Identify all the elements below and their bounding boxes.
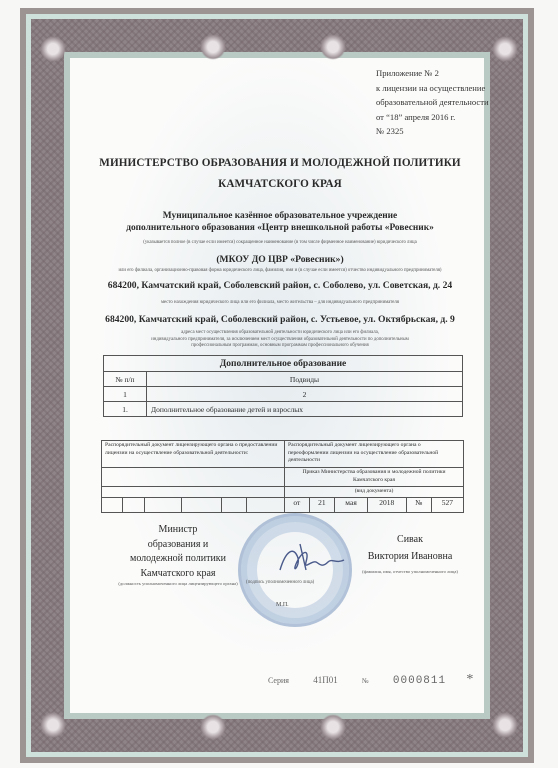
series-label: Серия (268, 676, 289, 685)
documents-table: Распорядительный документ лицензирующего… (101, 440, 464, 513)
hint-line: профессиональным программам, основным пр… (80, 343, 480, 350)
reissue-document-type-hint: (вид документа) (285, 487, 464, 498)
appendix-line: от “18” апреля 2016 г. (376, 110, 489, 125)
education-table-title: Дополнительное образование (104, 356, 463, 372)
reissue-document-header: Распорядительный документ лицензирующего… (285, 441, 464, 468)
legal-address: 684200, Камчатский край, Соболевский рай… (60, 280, 500, 291)
appendix-line: Приложение № 2 (376, 66, 489, 81)
reissue-document-type: Приказ Министерства образования и молоде… (285, 468, 464, 487)
form-number: 0000811 (393, 675, 446, 687)
org-name-hint: (указывается полное (в случае если имеет… (80, 240, 480, 247)
reissue-month: мая (335, 497, 368, 512)
legal-address-hint: место нахождения юридического лица или е… (80, 300, 480, 307)
ministry-title: МИНИСТЕРСТВО ОБРАЗОВАНИЯ И МОЛОДЕЖНОЙ ПО… (60, 153, 500, 195)
series-value: 41П01 (313, 675, 338, 685)
corner-ornament-icon (40, 712, 66, 738)
position-line: Камчатского края (108, 567, 248, 582)
name-hint: (фамилия, имя, отчество уполномоченного … (340, 569, 480, 575)
position-hint: (должность уполномоченного лица лицензир… (108, 581, 248, 587)
signer-given-names: Виктория Ивановна (340, 548, 480, 565)
reissue-date-prefix: от (285, 497, 310, 512)
signature-hint: (подпись уполномоченного лица) (246, 580, 314, 585)
organization-full-name: Муниципальное казённое образовательное у… (60, 210, 500, 234)
grant-day (123, 497, 144, 512)
column-index: 1 (104, 387, 147, 402)
grant-number (247, 497, 285, 512)
ministry-title-line: МИНИСТЕРСТВО ОБРАЗОВАНИЯ И МОЛОДЕЖНОЙ ПО… (60, 153, 500, 174)
border-ornament-icon (320, 34, 346, 60)
row-subtype: Дополнительное образование детей и взрос… (147, 402, 463, 417)
corner-ornament-icon (40, 36, 66, 62)
position-line: молодежной политики (108, 552, 248, 567)
short-name-hint: или его филиала, организационно-правовая… (80, 268, 480, 275)
signature-icon (276, 540, 348, 580)
border-ornament-icon (200, 34, 226, 60)
grant-month (144, 497, 182, 512)
signer-surname: Сивак (340, 531, 480, 548)
grant-document-header: Распорядительный документ лицензирующего… (102, 441, 285, 468)
grant-document-type-hint (102, 487, 285, 498)
asterisk-mark-icon: * (466, 672, 473, 688)
border-ornament-icon (200, 714, 226, 740)
row-number: 1. (104, 402, 147, 417)
reissue-num-label: № (406, 497, 431, 512)
grant-num-label (221, 497, 246, 512)
column-index: 2 (147, 387, 463, 402)
appendix-line: № 2325 (376, 124, 489, 139)
organization-short-name: (МКОУ ДО ЦВР «Ровесник») (60, 254, 500, 265)
corner-ornament-icon (492, 36, 518, 62)
org-name-line: Муниципальное казённое образовательное у… (60, 210, 500, 222)
table-row: 1. Дополнительное образование детей и вз… (104, 402, 463, 417)
appendix-line: образовательной деятельности (376, 95, 489, 110)
education-table: Дополнительное образование № п/п Подвиды… (103, 355, 463, 417)
form-serial: Серия 41П01 № 0000811 * (268, 672, 473, 688)
activity-address: 684200, Камчатский край, Соболевский рай… (60, 314, 500, 325)
grant-date-prefix (102, 497, 123, 512)
column-header-subtypes: Подвиды (147, 372, 463, 387)
signer-position: Министр образования и молодежной политик… (108, 523, 248, 587)
appendix-reference: Приложение № 2 к лицензии на осуществлен… (376, 66, 489, 139)
grant-year (182, 497, 222, 512)
border-ornament-icon (320, 714, 346, 740)
corner-ornament-icon (492, 712, 518, 738)
signer-name: Сивак Виктория Ивановна (фамилия, имя, о… (340, 531, 480, 575)
appendix-line: к лицензии на осуществление (376, 81, 489, 96)
column-header-number: № п/п (104, 372, 147, 387)
seal-label: М.П. (276, 602, 289, 608)
reissue-year: 2018 (367, 497, 406, 512)
grant-document-type (102, 468, 285, 487)
reissue-number: 527 (431, 497, 463, 512)
activity-address-hint: адреса мест осуществления образовательно… (80, 330, 480, 350)
org-name-line: дополнительного образования «Центр внешк… (60, 222, 500, 234)
number-label: № (362, 677, 369, 685)
position-line: образования и (108, 538, 248, 553)
position-line: Министр (108, 523, 248, 538)
reissue-day: 21 (309, 497, 335, 512)
ministry-title-line: КАМЧАТСКОГО КРАЯ (60, 174, 500, 195)
